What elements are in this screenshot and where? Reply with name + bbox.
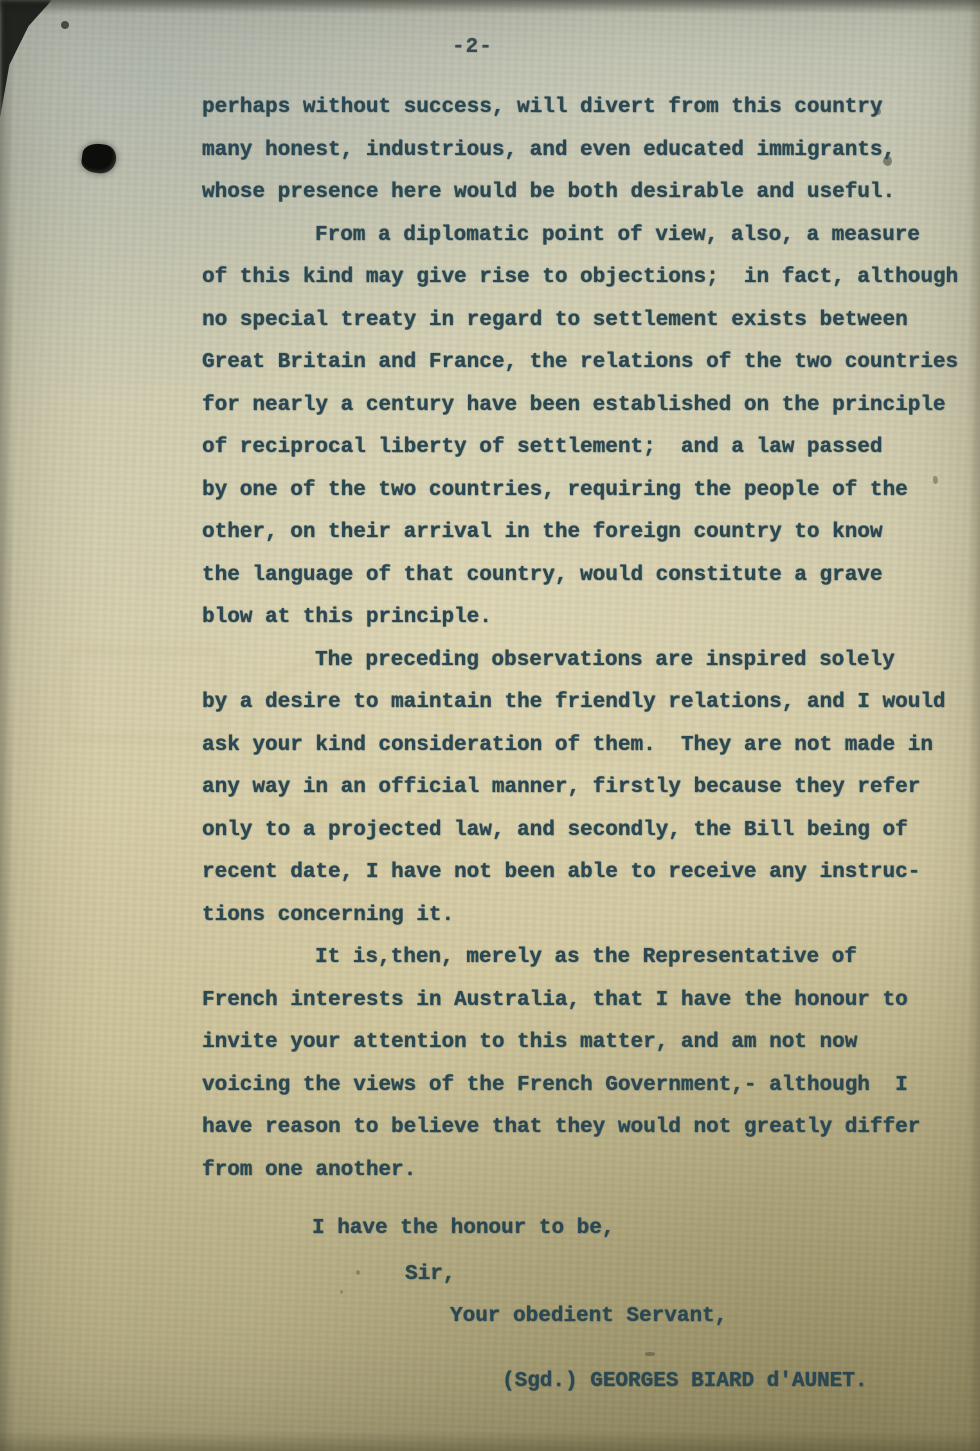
letter-line: (Sgd.) GEORGES BIARD d'AUNET. (502, 1361, 962, 1404)
letter-line: of reciprocal liberty of settlement; and… (202, 427, 962, 470)
letter-line: for nearly a century have been establish… (202, 385, 962, 428)
letter-line: no special treaty in regard to settlemen… (202, 300, 962, 343)
letter-line: Your obedient Servant, (450, 1296, 962, 1339)
page-number: -2- (452, 36, 493, 59)
letter-line: ask your kind consideration of them. The… (202, 725, 962, 768)
letter-line: It is,then, merely as the Representative… (315, 937, 962, 980)
letter-line: tions concerning it. (202, 895, 962, 938)
letter-line: French interests in Australia, that I ha… (202, 980, 962, 1023)
letter-line: by one of the two countries, requiring t… (202, 470, 962, 513)
letter-line: have reason to believe that they would n… (202, 1107, 962, 1150)
letter-line: only to a projected law, and secondly, t… (202, 810, 962, 853)
letter-line: voicing the views of the French Governme… (202, 1065, 962, 1108)
letter-line: I have the honour to be, (312, 1208, 962, 1251)
letter-body: perhaps without success, will divert fro… (202, 87, 962, 1403)
letter-line: other, on their arrival in the foreign c… (202, 512, 962, 555)
letter-line: Great Britain and France, the relations … (202, 342, 962, 385)
letter-line: From a diplomatic point of view, also, a… (315, 215, 962, 258)
letter-line: The preceding observations are inspired … (315, 640, 962, 683)
letter-page-scan: -2- perhaps without success, will divert… (0, 0, 980, 1451)
scan-corner-shadow (0, 0, 52, 118)
letter-line: Sir, (405, 1254, 962, 1297)
letter-line: of this kind may give rise to objections… (202, 257, 962, 300)
letter-line: blow at this principle. (202, 597, 962, 640)
punch-hole-mark (80, 142, 118, 175)
letter-line: whose presence here would be both desira… (202, 172, 962, 215)
letter-line: by a desire to maintain the friendly rel… (202, 682, 962, 725)
letter-line: any way in an official manner, firstly b… (202, 767, 962, 810)
letter-line: the language of that country, would cons… (202, 555, 962, 598)
ink-speck (61, 21, 69, 29)
letter-line: invite your attention to this matter, an… (202, 1022, 962, 1065)
letter-line: many honest, industrious, and even educa… (202, 130, 962, 173)
letter-line: perhaps without success, will divert fro… (202, 87, 962, 130)
letter-line: from one another. (202, 1150, 962, 1193)
letter-line: recent date, I have not been able to rec… (202, 852, 962, 895)
